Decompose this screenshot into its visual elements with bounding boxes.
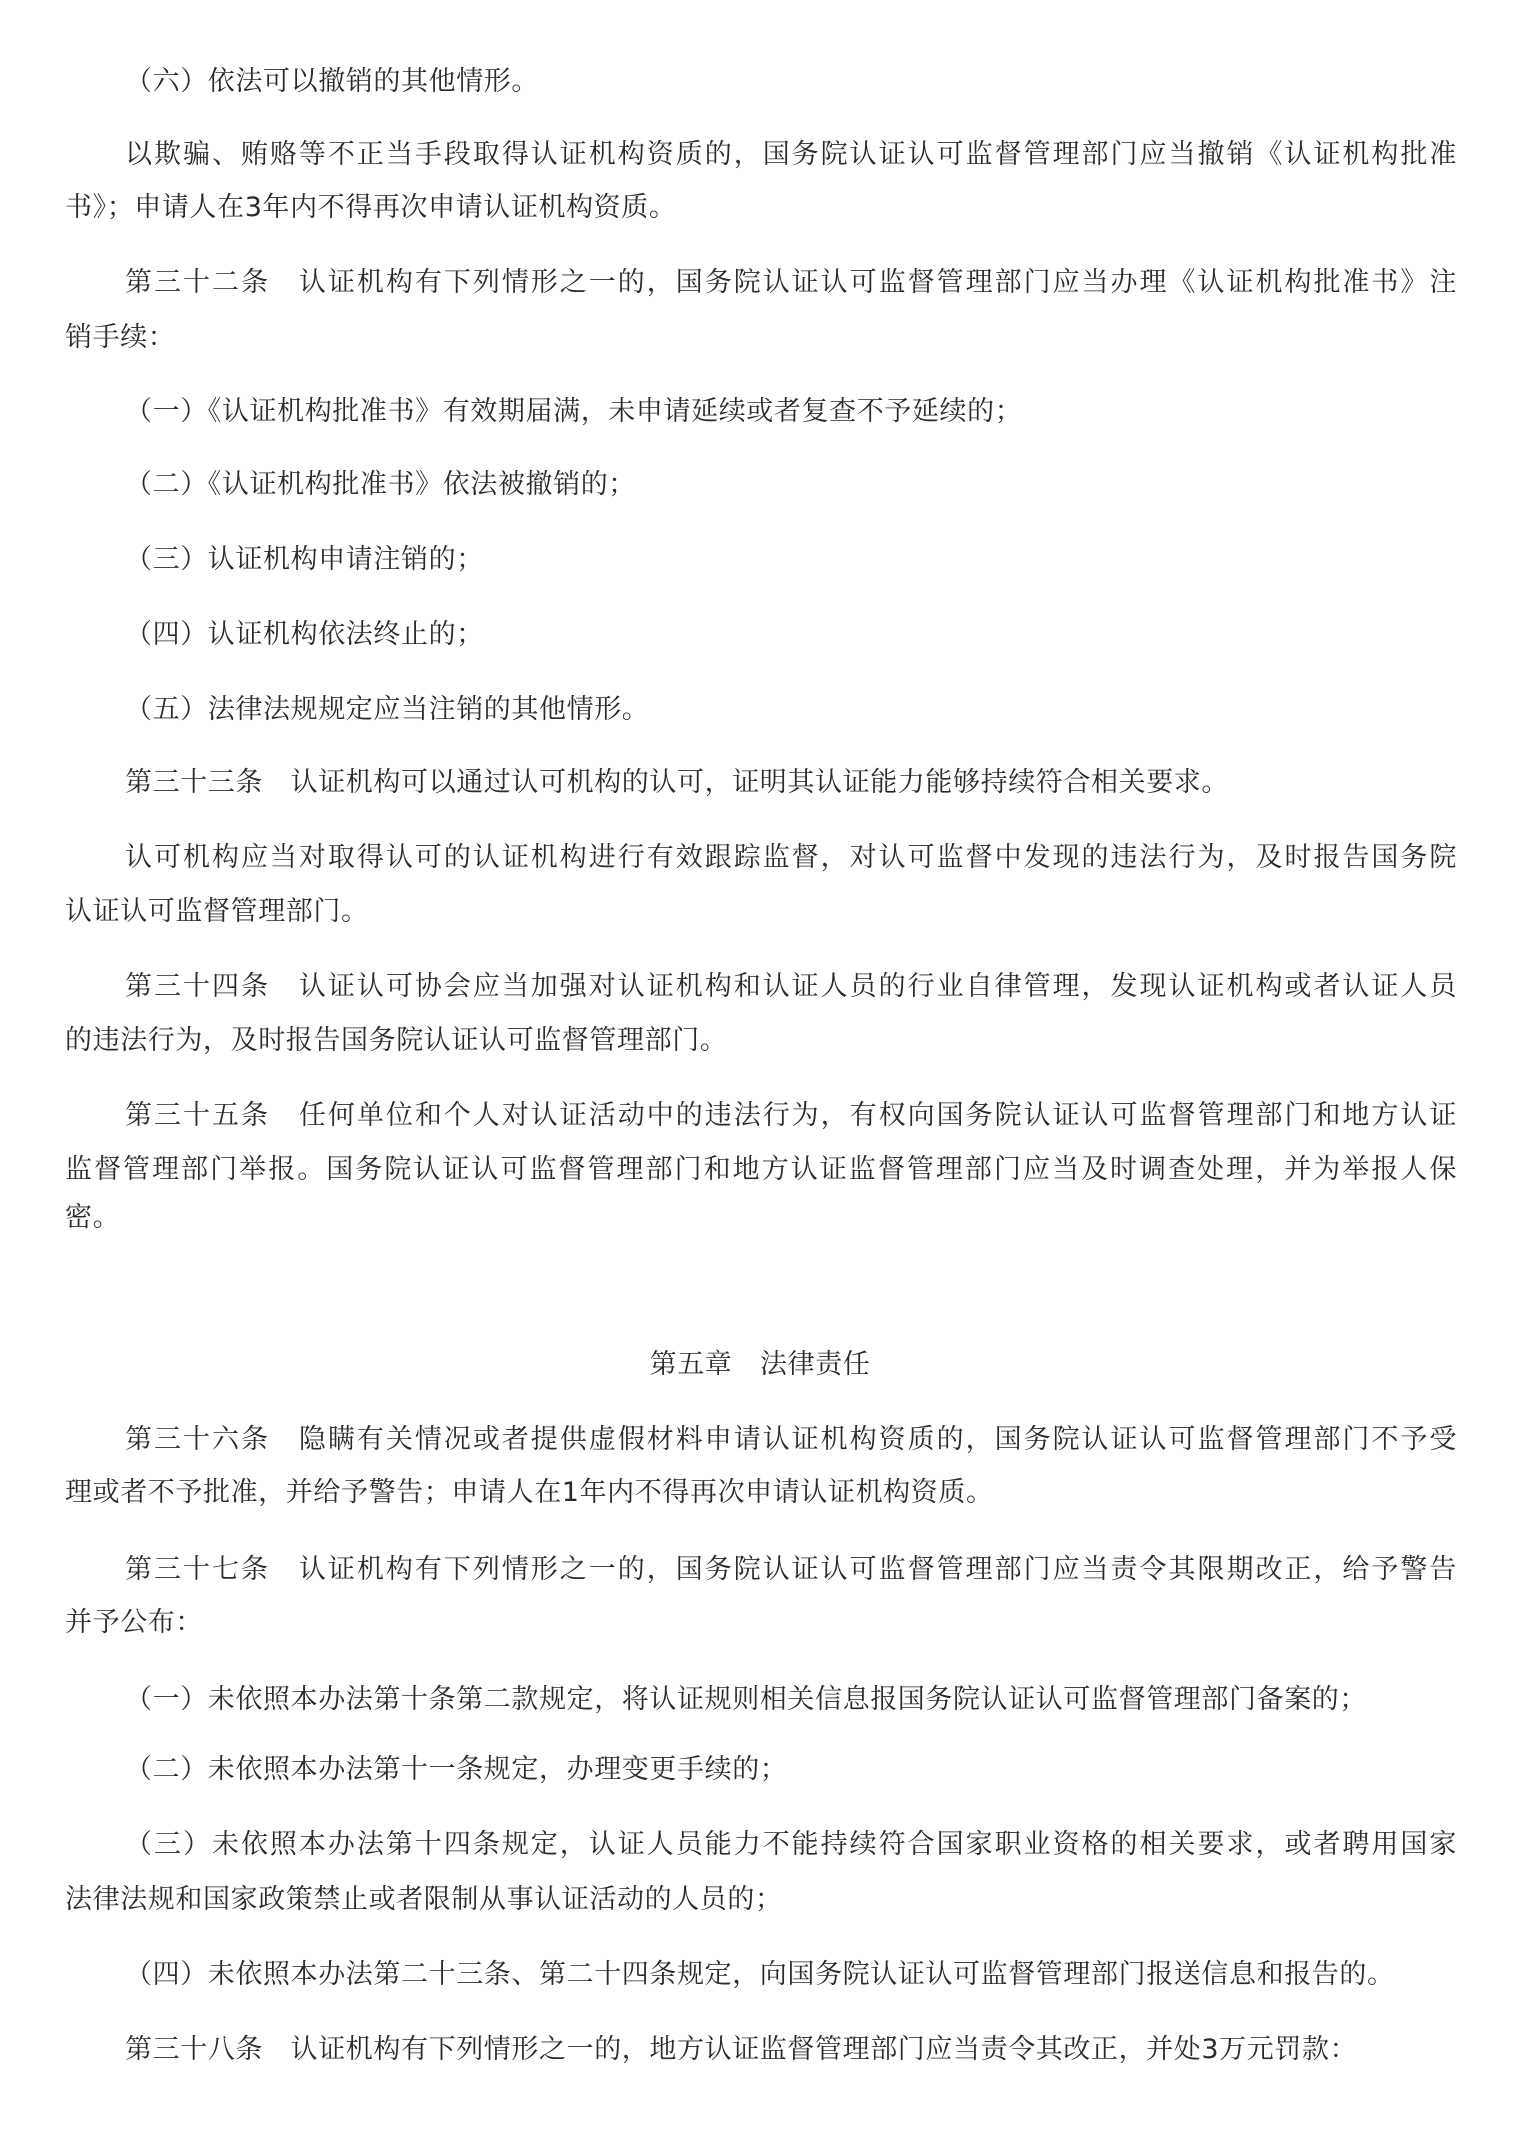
article-32-item-5: （五）法律法规规定应当注销的其他情形。 [125, 690, 649, 730]
article-34-line2: 的违法行为，及时报告国务院认证认可监督管理部门。 [65, 1021, 727, 1061]
article-37-item-4: （四）未依照本办法第二十三条、第二十四条规定，向国务院认证认可监督管理部门报送信… [125, 1955, 1395, 1995]
article-36-line2: 理或者不予批准，并给予警告；申请人在1年内不得再次申请认证机构资质。 [65, 1473, 994, 1513]
article-38: 第三十八条 认证机构有下列情形之一的，地方认证监督管理部门应当责令其改正，并处3… [125, 2030, 1357, 2070]
article-37-item-3-line1: （三）未依照本办法第十四条规定，认证人员能力不能持续符合国家职业资格的相关要求，… [125, 1825, 1457, 1865]
article-37-item-3-line2: 法律法规和国家政策禁止或者限制从事认证活动的人员的； [65, 1880, 783, 1920]
paragraph-revocation-fraud-line2: 书》；申请人在3年内不得再次申请认证机构资质。 [65, 188, 676, 228]
list-item-6: （六）依法可以撤销的其他情形。 [125, 62, 539, 102]
article-34-line1: 第三十四条 认证认可协会应当加强对认证机构和认证人员的行业自律管理，发现认证机构… [125, 967, 1457, 1007]
article-32-item-2: （二）《认证机构批准书》依法被撤销的； [125, 465, 636, 505]
article-33-paragraph2-line1: 认可机构应当对取得认可的认证机构进行有效跟踪监督，对认可监督中发现的违法行为，及… [125, 838, 1457, 878]
article-37-line2: 并予公布： [65, 1603, 203, 1643]
paragraph-revocation-fraud-line1: 以欺骗、贿赂等不正当手段取得认证机构资质的，国务院认证认可监督管理部门应当撤销《… [125, 135, 1457, 175]
document-page: （六）依法可以撤销的其他情形。 以欺骗、贿赂等不正当手段取得认证机构资质的，国务… [0, 0, 1520, 2150]
article-33: 第三十三条 认证机构可以通过认可机构的认可，证明其认证能力能够持续符合相关要求。 [125, 763, 1229, 803]
article-32-line2: 销手续： [65, 318, 175, 358]
article-37-line1: 第三十七条 认证机构有下列情形之一的，国务院认证认可监督管理部门应当责令其限期改… [125, 1550, 1457, 1590]
article-32-item-3: （三）认证机构申请注销的； [125, 540, 484, 580]
article-35-line2: 监督管理部门举报。国务院认证认可监督管理部门和地方认证监督管理部门应当及时调查处… [65, 1150, 1457, 1190]
article-35-line1: 第三十五条 任何单位和个人对认证活动中的违法行为，有权向国务院认证认可监督管理部… [125, 1096, 1457, 1136]
article-37-item-1: （一）未依照本办法第十条第二款规定，将认证规则相关信息报国务院认证认可监督管理部… [125, 1680, 1367, 1720]
article-35-line3: 密。 [65, 1198, 120, 1238]
article-37-item-2: （二）未依照本办法第十一条规定，办理变更手续的； [125, 1750, 787, 1790]
chapter-heading: 第五章 法律责任 [0, 1345, 1520, 1385]
article-32-line1: 第三十二条 认证机构有下列情形之一的，国务院认证认可监督管理部门应当办理《认证机… [125, 263, 1457, 303]
article-32-item-1: （一）《认证机构批准书》有效期届满，未申请延续或者复查不予延续的； [125, 392, 1022, 432]
article-33-paragraph2-line2: 认证认可监督管理部门。 [65, 892, 369, 932]
article-32-item-4: （四）认证机构依法终止的； [125, 615, 484, 655]
article-36-line1: 第三十六条 隐瞒有关情况或者提供虚假材料申请认证机构资质的，国务院认证认可监督管… [125, 1420, 1457, 1460]
